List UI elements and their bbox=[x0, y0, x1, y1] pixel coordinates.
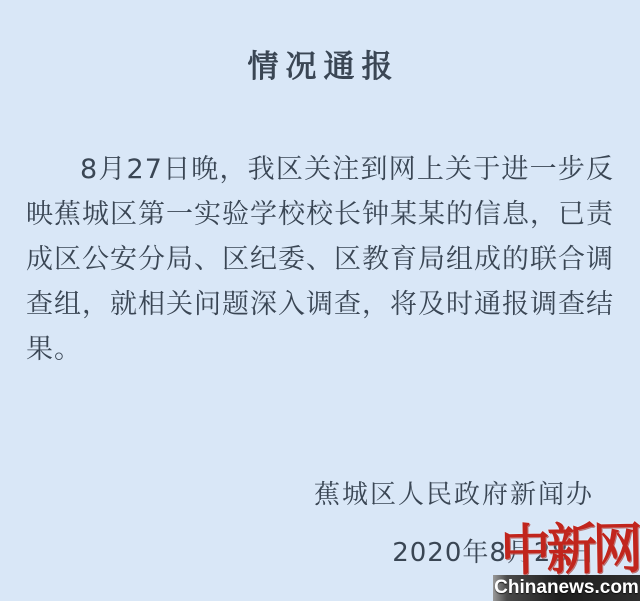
chinanews-site-label: Chinanews.com bbox=[493, 575, 640, 601]
notice-signature: 蕉城区人民政府新闻办 bbox=[0, 480, 640, 510]
notice-title: 情况通报 bbox=[0, 0, 640, 84]
notice-image: 情况通报 8月27日晚，我区关注到网上关于进一步反映蕉城区第一实验学校校长钟某某… bbox=[0, 0, 640, 601]
notice-date: 2020年8月28日 bbox=[0, 538, 640, 568]
notice-body-text: 8月27日晚，我区关注到网上关于进一步反映蕉城区第一实验学校校长钟某某的信息，已… bbox=[26, 147, 614, 372]
